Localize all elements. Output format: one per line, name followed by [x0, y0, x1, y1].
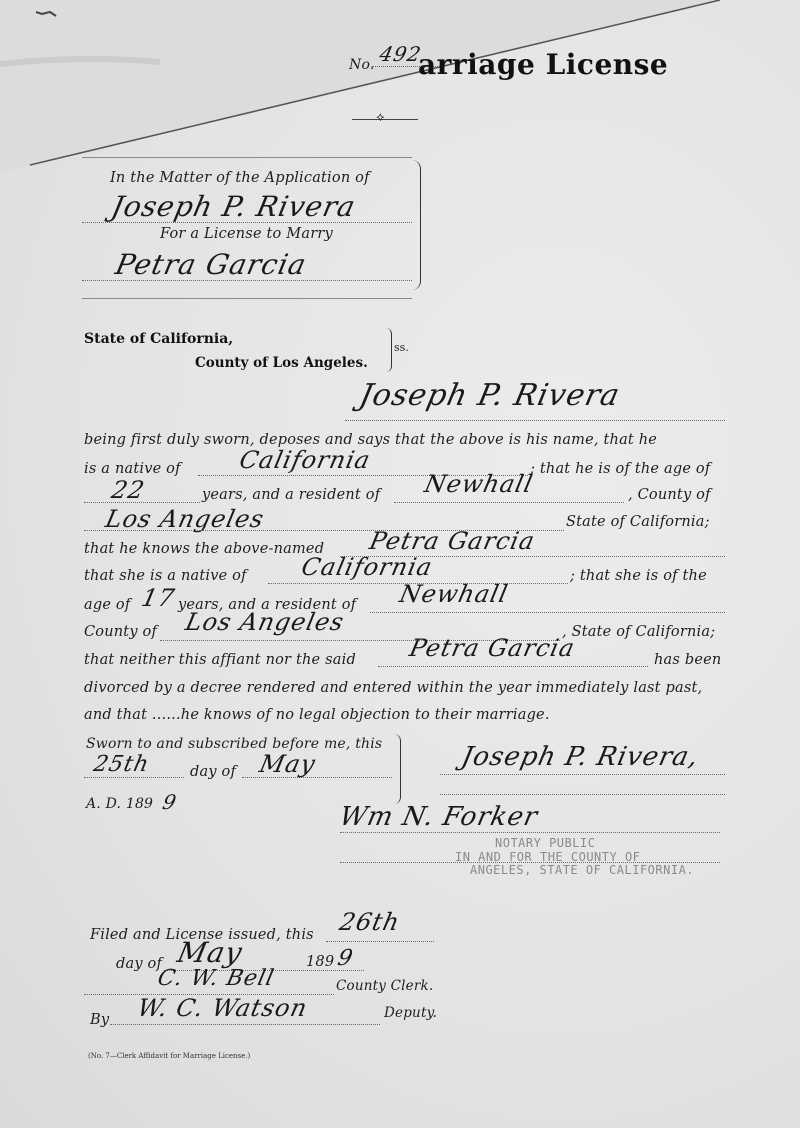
affiant-name: Joseph P. Rivera: [356, 378, 623, 413]
affidavit-line-10: divorced by a decree rendered and entere…: [84, 680, 702, 696]
filing-day-of: day of: [116, 956, 162, 972]
deputy-signature: W. C. Watson: [135, 994, 310, 1022]
affiant-signature: Joseph P. Rivera,: [459, 742, 702, 772]
affidavit-line-3-mid: years, and a resident of: [202, 487, 380, 503]
jurat-day-line: [84, 777, 184, 778]
affidavit-line-2-post: ; that he is of the age of: [530, 461, 710, 477]
jurat-day-of: day of: [190, 764, 236, 780]
filing-day: 26th: [337, 908, 403, 936]
venue-state: State of California,: [84, 331, 233, 347]
venue-brace: [386, 328, 392, 372]
bride-name-2-line: [378, 666, 648, 667]
affidavit-line-3-post: , County of: [628, 487, 711, 503]
affidavit-line-8-post: , State of California;: [562, 624, 715, 640]
deputy-signature-line: [110, 1024, 380, 1025]
notary-stamp-line-1: NOTARY PUBLIC: [495, 836, 595, 850]
filing-year: 189: [306, 954, 334, 970]
clerk-signature: C. W. Bell: [155, 966, 276, 991]
document-title: arriage License: [418, 48, 668, 81]
affidavit-line-9-post: has been: [654, 652, 721, 668]
ornament-rule: [352, 119, 418, 120]
application-line-1: In the Matter of the Application of: [110, 170, 370, 186]
groom-age-line: [84, 502, 200, 503]
bride-name: Petra Garcia: [367, 527, 538, 555]
affidavit-line-6-post: ; that she is of the: [570, 568, 707, 584]
applicant-name: Joseph P. Rivera: [108, 190, 358, 223]
groom-age: 22: [109, 476, 147, 504]
application-line-2: For a License to Marry: [160, 226, 333, 242]
blank-line: [440, 794, 725, 795]
affiant-line: [345, 420, 725, 421]
license-number-label: No.: [349, 57, 374, 73]
groom-residence: Newhall: [422, 470, 536, 498]
filing-by: By: [90, 1012, 109, 1028]
groom-residence-line: [394, 502, 624, 503]
deputy-title: Deputy.: [384, 1005, 437, 1021]
box-right-brace: [412, 160, 421, 290]
filing-month: May: [174, 936, 245, 969]
affidavit-line-6-pre: that she is a native of: [84, 568, 247, 584]
jurat-year-label: A. D. 189: [86, 796, 153, 812]
box-top-rule: [82, 157, 412, 158]
affidavit-line-11: and that ......he knows of no legal obje…: [84, 707, 550, 723]
groom-birthplace: California: [237, 446, 373, 474]
ornament-icon: ⟡: [376, 110, 385, 125]
affidavit-line-9-pre: that neither this affiant nor the said: [84, 652, 356, 668]
affidavit-line-8-pre: County of: [84, 624, 157, 640]
venue-county: County of Los Angeles.: [195, 355, 368, 371]
form-note: (No. 7—Clerk Affidavit for Marriage Lice…: [88, 1052, 250, 1060]
notary-signature: Wm N. Forker: [337, 802, 541, 832]
jurat-line-1: Sworn to and subscribed before me, this: [86, 736, 382, 752]
affidavit-line-7-pre: age of: [84, 597, 130, 613]
jurat-day: 25th: [91, 752, 151, 777]
notary-signature-line: [340, 832, 720, 833]
bride-residence-line: [370, 612, 725, 613]
clerk-title: County Clerk.: [336, 978, 433, 994]
affidavit-line-2-pre: is a native of: [84, 461, 181, 477]
filing-day-line: [326, 941, 434, 942]
affidavit-line-4-post: State of California;: [566, 514, 710, 530]
bride-county: Los Angeles: [183, 608, 347, 636]
jurat-month: May: [257, 750, 318, 778]
affidavit-line-5-pre: that he knows the above-named: [84, 541, 324, 557]
box-bottom-rule: [82, 298, 412, 299]
intended-line: [82, 280, 412, 281]
bride-birthplace: California: [299, 553, 435, 581]
notary-stamp-line-3: ANGELES, STATE OF CALIFORNIA.: [470, 863, 694, 877]
bride-name-2: Petra Garcia: [407, 634, 578, 662]
groom-county: Los Angeles: [103, 505, 267, 533]
affiant-signature-line: [440, 774, 725, 775]
applicant-line: [82, 222, 412, 223]
bride-age: 17: [139, 584, 177, 612]
intended-spouse-name: Petra Garcia: [112, 248, 309, 281]
license-number-value: 492: [377, 42, 423, 66]
bride-residence: Newhall: [397, 580, 511, 608]
venue-ss: ss.: [394, 341, 409, 354]
jurat-brace: [394, 734, 401, 804]
